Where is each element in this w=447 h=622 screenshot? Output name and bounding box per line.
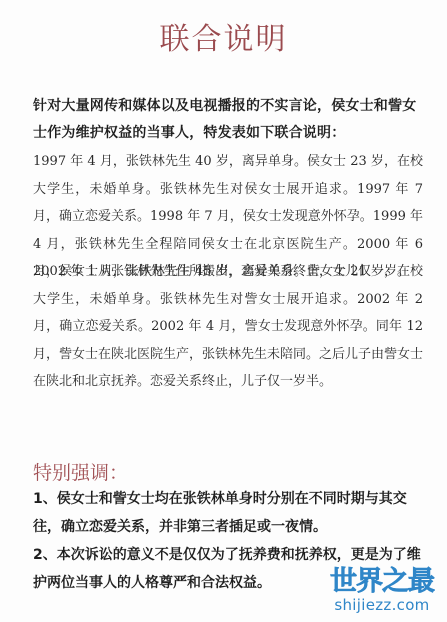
- special-emphasis-heading: 特别强调：: [33, 461, 128, 485]
- watermark-logo: 世界之最 shijiezz.com: [322, 567, 442, 617]
- document-page: 联合说明 针对大量网传和媒体以及电视播报的不实言论，侯女士和訾女士作为维护权益的…: [0, 0, 447, 622]
- watermark-chinese: 世界之最: [322, 567, 442, 597]
- paragraph-zi: 2002 年 1 月，张铁林先生 45 岁，离异单身。訾女士 21 岁，在校大学…: [33, 258, 423, 396]
- document-title: 联合说明: [0, 22, 447, 58]
- watermark-url: shijiezz.com: [322, 597, 442, 614]
- emphasis-point-1: 1、侯女士和訾女士均在张铁林单身时分别在不同时期与其交往，确立恋爱关系，并非第三…: [33, 485, 423, 541]
- intro-paragraph: 针对大量网传和媒体以及电视播报的不实言论，侯女士和訾女士作为维护权益的当事人，特…: [33, 93, 423, 147]
